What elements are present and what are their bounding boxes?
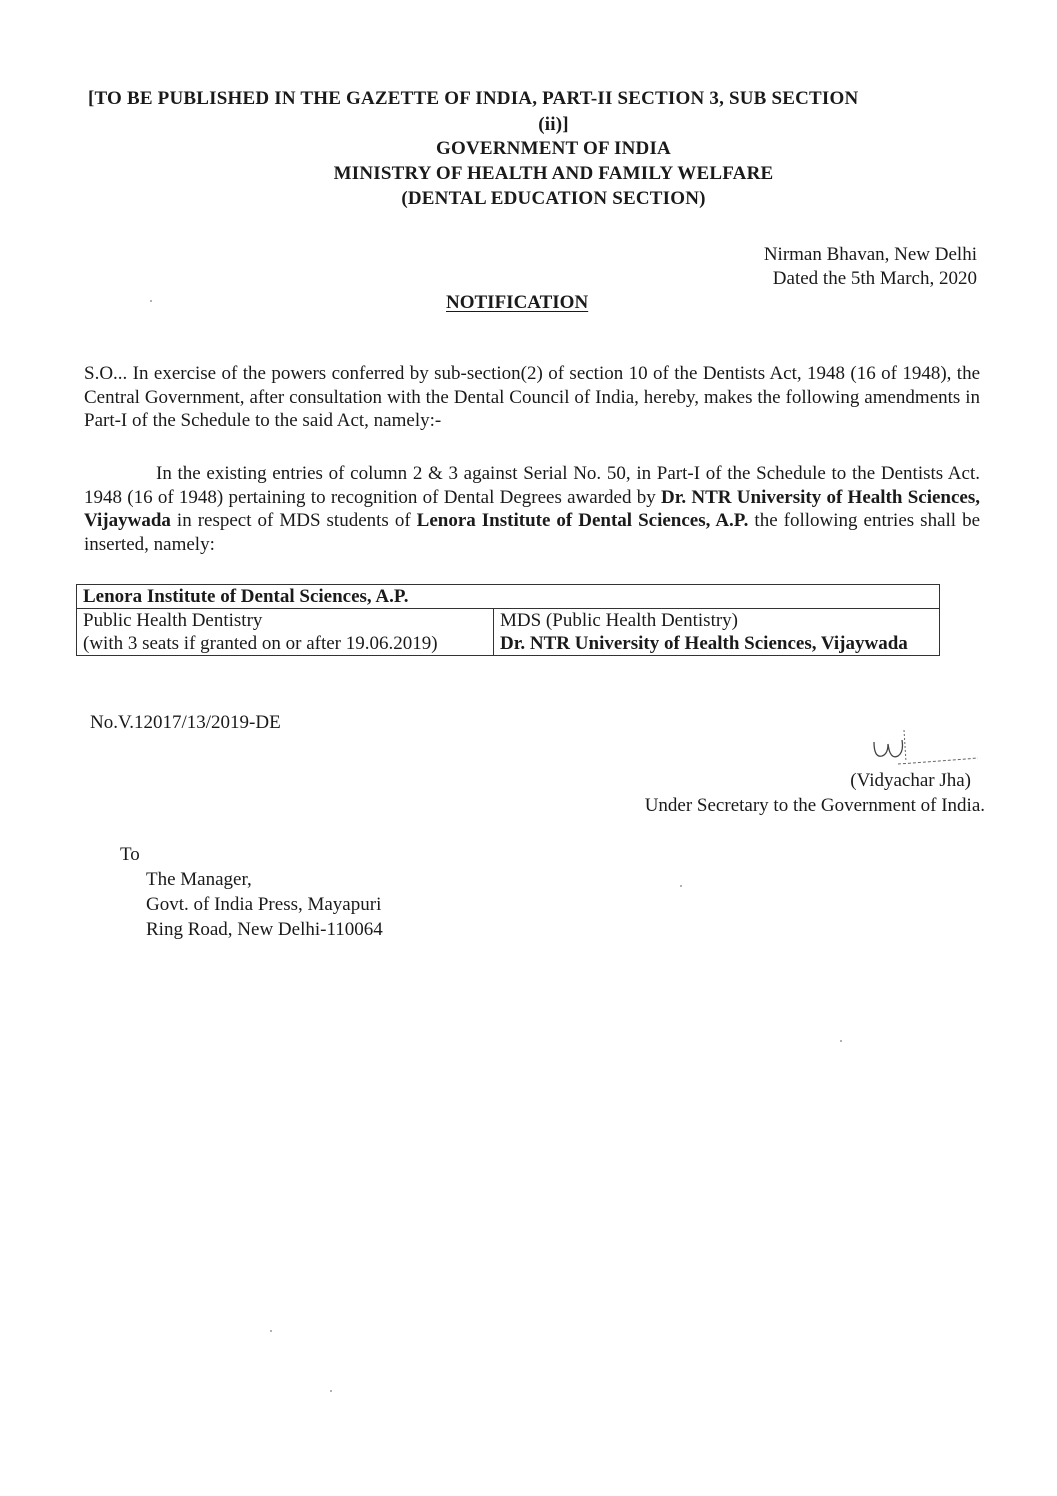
to-label: To — [120, 842, 140, 867]
institute-cell: Lenora Institute of Dental Sciences, A.P… — [77, 585, 940, 609]
reference-number: No.V.12017/13/2019-DE — [90, 712, 281, 734]
gazette-line-2: (ii)] — [0, 114, 1057, 136]
table-header-row: Lenora Institute of Dental Sciences, A.P… — [77, 585, 940, 609]
scan-speck — [680, 885, 682, 887]
recipient-line-3: Ring Road, New Delhi-110064 — [146, 917, 383, 942]
ministry-heading: MINISTRY OF HEALTH AND FAMILY WELFARE — [0, 163, 1057, 185]
institute-name: Lenora Institute of Dental Sciences, A.P… — [417, 510, 749, 531]
scan-speck — [150, 300, 152, 302]
course-cell: Public Health Dentistry (with 3 seats if… — [77, 609, 494, 656]
date: Dated the 5th March, 2020 — [773, 268, 977, 290]
recipient-line-2: Govt. of India Press, Mayapuri — [146, 892, 381, 917]
signature-icon — [868, 724, 983, 774]
course-name: Public Health Dentistry — [83, 609, 487, 632]
course-seats: (with 3 seats if granted on or after 19.… — [83, 632, 487, 655]
gazette-line-1: [TO BE PUBLISHED IN THE GAZETTE OF INDIA… — [88, 88, 1000, 110]
notification-title: NOTIFICATION — [446, 292, 588, 314]
degree-name: MDS (Public Health Dentistry) — [500, 609, 933, 632]
paragraph-text-2: in respect of MDS students of — [171, 510, 417, 531]
paragraph-amendment: In the existing entries of column 2 & 3 … — [84, 462, 980, 556]
schedule-table: Lenora Institute of Dental Sciences, A.P… — [76, 584, 940, 656]
signatory-name: (Vidyachar Jha) — [850, 770, 971, 792]
degree-cell: MDS (Public Health Dentistry) Dr. NTR Un… — [494, 609, 940, 656]
table-row: Public Health Dentistry (with 3 seats if… — [77, 609, 940, 656]
signatory-designation: Under Secretary to the Government of Ind… — [645, 795, 985, 817]
degree-university: Dr. NTR University of Health Sciences, V… — [500, 632, 933, 655]
place: Nirman Bhavan, New Delhi — [764, 244, 977, 266]
paragraph-powers: S.O... In exercise of the powers conferr… — [84, 362, 980, 433]
scan-speck — [330, 1390, 332, 1392]
section-heading: (DENTAL EDUCATION SECTION) — [0, 188, 1057, 210]
scan-speck — [270, 1330, 272, 1332]
scan-speck — [840, 1040, 842, 1042]
recipient-line-1: The Manager, — [146, 867, 252, 892]
government-heading: GOVERNMENT OF INDIA — [0, 138, 1057, 160]
